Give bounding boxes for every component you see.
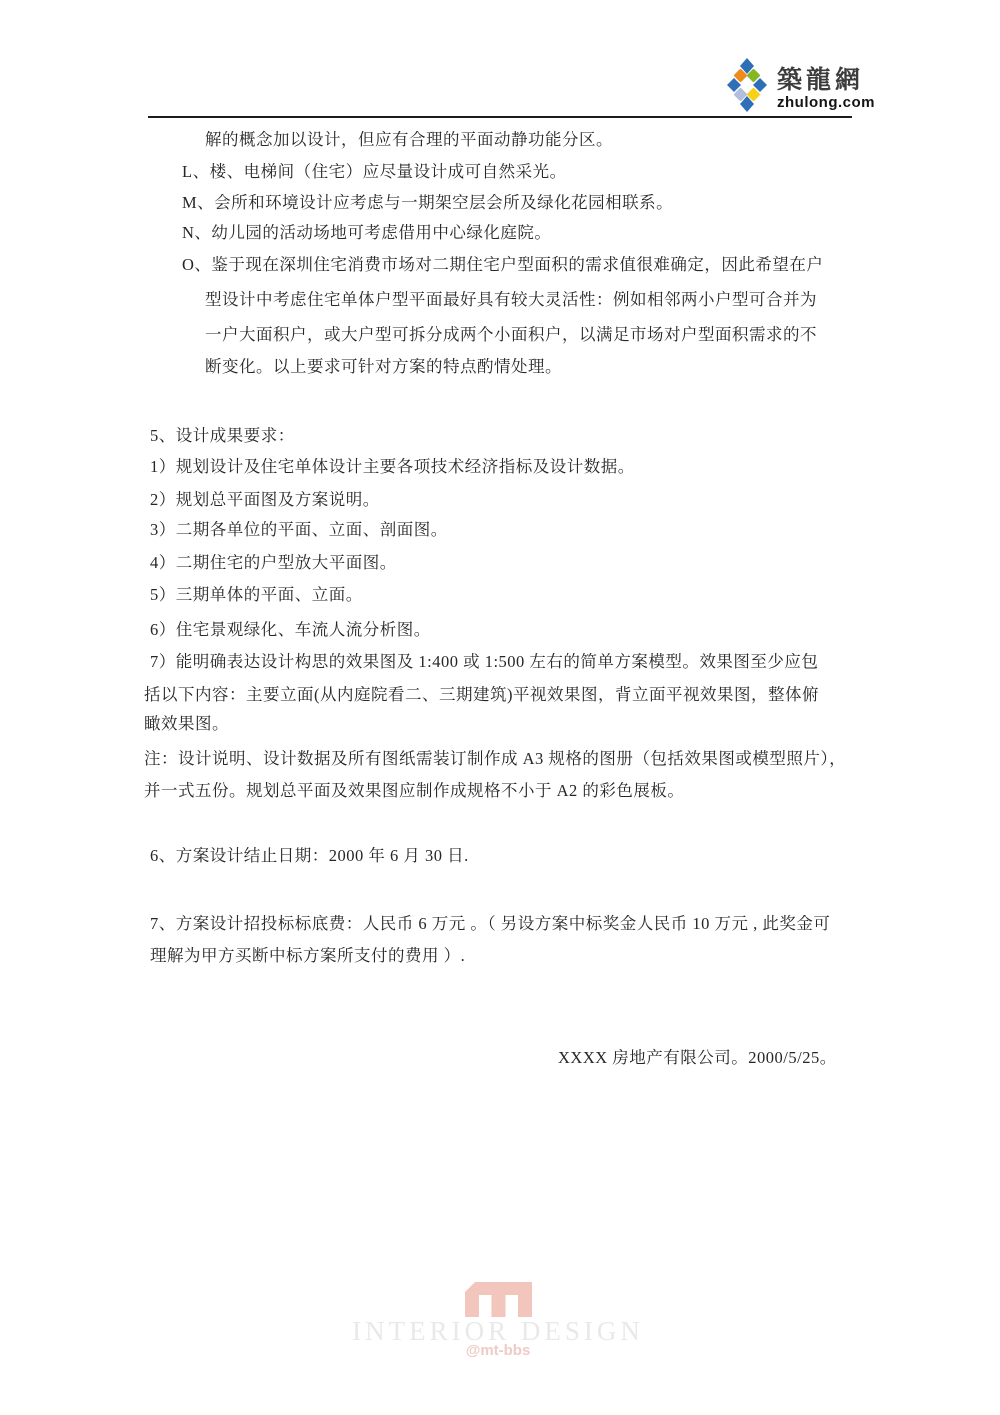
text-line: 6）住宅景观绿化、车流人流分析图。 <box>150 619 431 641</box>
signature-line: XXXX 房地产有限公司。2000/5/25。 <box>558 1044 837 1068</box>
text-line: 瞰效果图。 <box>144 713 229 735</box>
text-line: 6、方案设计结止日期：2000 年 6 月 30 日. <box>150 845 469 867</box>
mtbbs-m-icon <box>465 1282 532 1317</box>
text-line: 括以下内容：主要立面(从内庭院看二、三期建筑)平视效果图，背立面平视效果图，整体… <box>144 684 819 706</box>
text-line: 型设计中考虑住宅单体户型平面最好具有较大灵活性：例如相邻两小户型可合并为 <box>205 289 817 311</box>
text-line: N、幼儿园的活动场地可考虑借用中心绿化庭院。 <box>182 222 551 244</box>
text-line: 1）规划设计及住宅单体设计主要各项技术经济指标及设计数据。 <box>150 456 635 478</box>
text-line: 5）三期单体的平面、立面。 <box>150 584 363 606</box>
text-line: 2）规划总平面图及方案说明。 <box>150 489 380 511</box>
text-line: M、会所和环境设计应考虑与一期架空层会所及绿化花园相联系。 <box>182 192 673 214</box>
text-line: 5、设计成果要求： <box>150 425 295 447</box>
zhulong-pinwheel-icon <box>727 58 767 112</box>
text-line: 一户大面积户，或大户型可拆分成两个小面积户，以满足市场对户型面积需求的不 <box>205 324 817 346</box>
zhulong-logo[interactable]: 築龍網 zhulong.com <box>727 58 875 112</box>
document-page: 築龍網 zhulong.com 解的概念加以设计，但应有合理的平面动静功能分区。… <box>0 0 1000 1415</box>
logo-domain-text: zhulong.com <box>777 95 875 111</box>
watermark-handle: @mt-bbs <box>466 1342 531 1359</box>
text-line: 断变化。以上要求可针对方案的特点酌情处理。 <box>205 356 562 378</box>
text-line: 注：设计说明、设计数据及所有图纸需装订制作成 A3 规格的图册（包括效果图或模型… <box>144 748 846 770</box>
mtbbs-m-shape <box>465 1282 532 1317</box>
text-line: L、楼、电梯间（住宅）应尽量设计成可自然采光。 <box>182 161 567 183</box>
text-line: 7）能明确表达设计构思的效果图及 1:400 或 1:500 左右的简单方案模型… <box>150 651 818 673</box>
text-line: 7、方案设计招投标标底费：人民币 6 万元 。（ 另设方案中标奖金人民币 10 … <box>150 913 830 935</box>
text-line: O、鉴于现在深圳住宅消费市场对二期住宅户型面积的需求值很难确定，因此希望在户 <box>182 254 823 276</box>
text-line: 并一式五份。规划总平面及效果图应制作成规格不小于 A2 的彩色展板。 <box>144 780 684 802</box>
text-line: 理解为甲方买断中标方案所支付的费用 ）. <box>150 945 465 967</box>
text-line: 4）二期住宅的户型放大平面图。 <box>150 552 397 574</box>
text-line: 解的概念加以设计，但应有合理的平面动静功能分区。 <box>205 129 613 151</box>
text-line: 3）二期各单位的平面、立面、剖面图。 <box>150 519 448 541</box>
logo-chinese-name: 築龍網 <box>777 68 875 94</box>
header-divider <box>148 116 852 118</box>
